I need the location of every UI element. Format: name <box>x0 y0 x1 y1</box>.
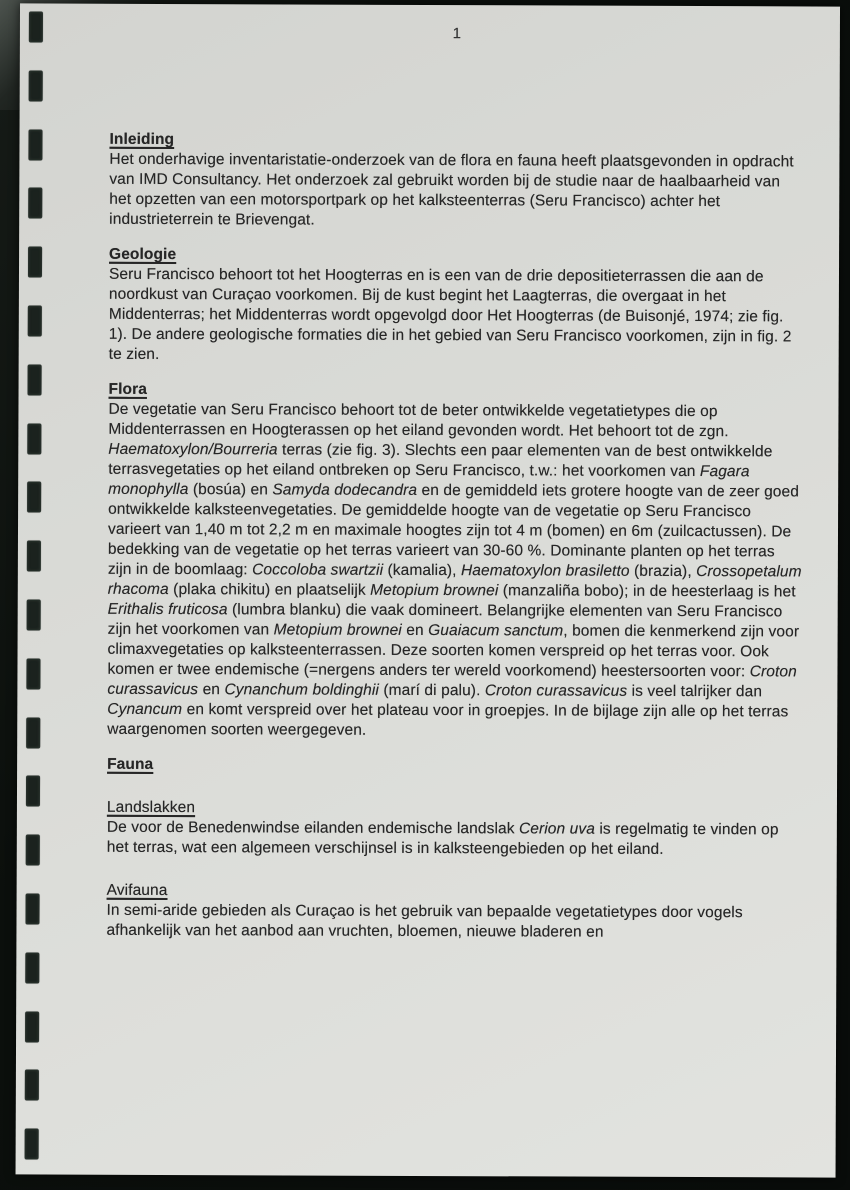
binding-hole <box>27 541 41 572</box>
species-name: Croton curassavicus <box>485 682 627 700</box>
text-run: (brazia), <box>630 563 697 580</box>
section-geologie: GeologieSeru Francisco behoort tot het H… <box>109 245 803 368</box>
species-name: Metopium brownei <box>370 582 498 599</box>
text-run: De voor de Benedenwindse eilanden endemi… <box>107 819 519 838</box>
section-landslakken: LandslakkenDe voor de Benedenwindse eila… <box>107 798 801 861</box>
binding-hole <box>25 1070 39 1101</box>
text-run: (manzaliña bobo); in de heesterlaag is h… <box>498 582 795 600</box>
binding-hole <box>28 364 42 395</box>
binding-hole <box>28 305 42 336</box>
binding-hole <box>26 835 40 866</box>
species-name: Coccoloba swartzii <box>252 561 383 579</box>
document-body: InleidingHet onderhavige inventaristatie… <box>106 130 803 944</box>
species-name: Samyda dodecandra <box>272 481 417 499</box>
text-run: is veel talrijker dan <box>627 683 762 701</box>
page-number: 1 <box>110 23 804 46</box>
text-run: Het onderhavige inventaristatie-onderzoe… <box>109 151 794 229</box>
binding-hole <box>29 70 43 101</box>
binding-hole <box>25 893 39 924</box>
paragraph: Seru Francisco behoort tot het Hoogterra… <box>109 265 803 368</box>
text-run: Seru Francisco behoort tot het Hoogterra… <box>109 266 792 363</box>
paragraph: De vegetatie van Seru Francisco behoort … <box>107 400 802 743</box>
text-run: en <box>402 622 428 639</box>
heading-avifauna: Avifauna <box>107 881 801 904</box>
section-fauna: Fauna <box>107 755 801 778</box>
heading-geologie: Geologie <box>109 245 803 268</box>
text-run: en <box>198 681 224 698</box>
binding-hole <box>29 11 43 42</box>
text-run: (plaka chikitu) en plaatselijk <box>169 581 370 599</box>
binding-hole <box>26 658 40 689</box>
text-run: (marí di palu). <box>379 682 485 699</box>
text-run: (bosúa) en <box>188 481 272 498</box>
binding-hole <box>28 247 42 278</box>
section-flora: FloraDe vegetatie van Seru Francisco beh… <box>107 380 802 743</box>
binding-holes <box>20 3 840 6</box>
species-name: Guaiacum sanctum <box>428 622 563 640</box>
paragraph: In semi-aride gebieden als Curaçao is he… <box>106 901 800 944</box>
text-run: en komt verspreid over het plateau voor … <box>107 701 788 739</box>
species-name: Cerion uva <box>519 820 595 837</box>
scanner-background: 1 InleidingHet onderhavige inventaristat… <box>0 0 850 1190</box>
heading-fauna: Fauna <box>107 755 801 778</box>
binding-hole <box>27 599 41 630</box>
species-name: Cynanchum boldinghii <box>224 681 379 699</box>
species-name: Cynancum <box>107 701 182 718</box>
paragraph: De voor de Benedenwindse eilanden endemi… <box>107 818 801 861</box>
section-inleiding: InleidingHet onderhavige inventaristatie… <box>109 130 803 233</box>
binding-hole <box>25 1129 39 1160</box>
species-name: Haematoxylon/Bourreria <box>108 441 277 459</box>
binding-hole <box>26 776 40 807</box>
species-name: Haematoxylon brasiletto <box>461 562 630 580</box>
text-run: In semi-aride gebieden als Curaçao is he… <box>106 902 742 941</box>
heading-inleiding: Inleiding <box>109 130 803 153</box>
species-name: Metopium brownei <box>274 621 402 638</box>
document-page: 1 InleidingHet onderhavige inventaristat… <box>16 3 840 1177</box>
section-avifauna: AvifaunaIn semi-aride gebieden als Curaç… <box>106 881 800 944</box>
paragraph: Het onderhavige inventaristatie-onderzoe… <box>109 150 803 233</box>
binding-hole <box>25 952 39 983</box>
heading-flora: Flora <box>109 380 803 403</box>
binding-hole <box>25 1011 39 1042</box>
text-run: De vegetatie van Seru Francisco behoort … <box>108 401 728 440</box>
binding-hole <box>27 482 41 513</box>
binding-hole <box>28 188 42 219</box>
binding-hole <box>26 717 40 748</box>
page-content: 1 InleidingHet onderhavige inventaristat… <box>106 23 804 944</box>
text-run: (kamalia), <box>383 562 461 579</box>
binding-hole <box>27 423 41 454</box>
binding-hole <box>28 129 42 160</box>
heading-landslakken: Landslakken <box>107 798 801 821</box>
species-name: Erithalis fruticosa <box>108 601 228 618</box>
